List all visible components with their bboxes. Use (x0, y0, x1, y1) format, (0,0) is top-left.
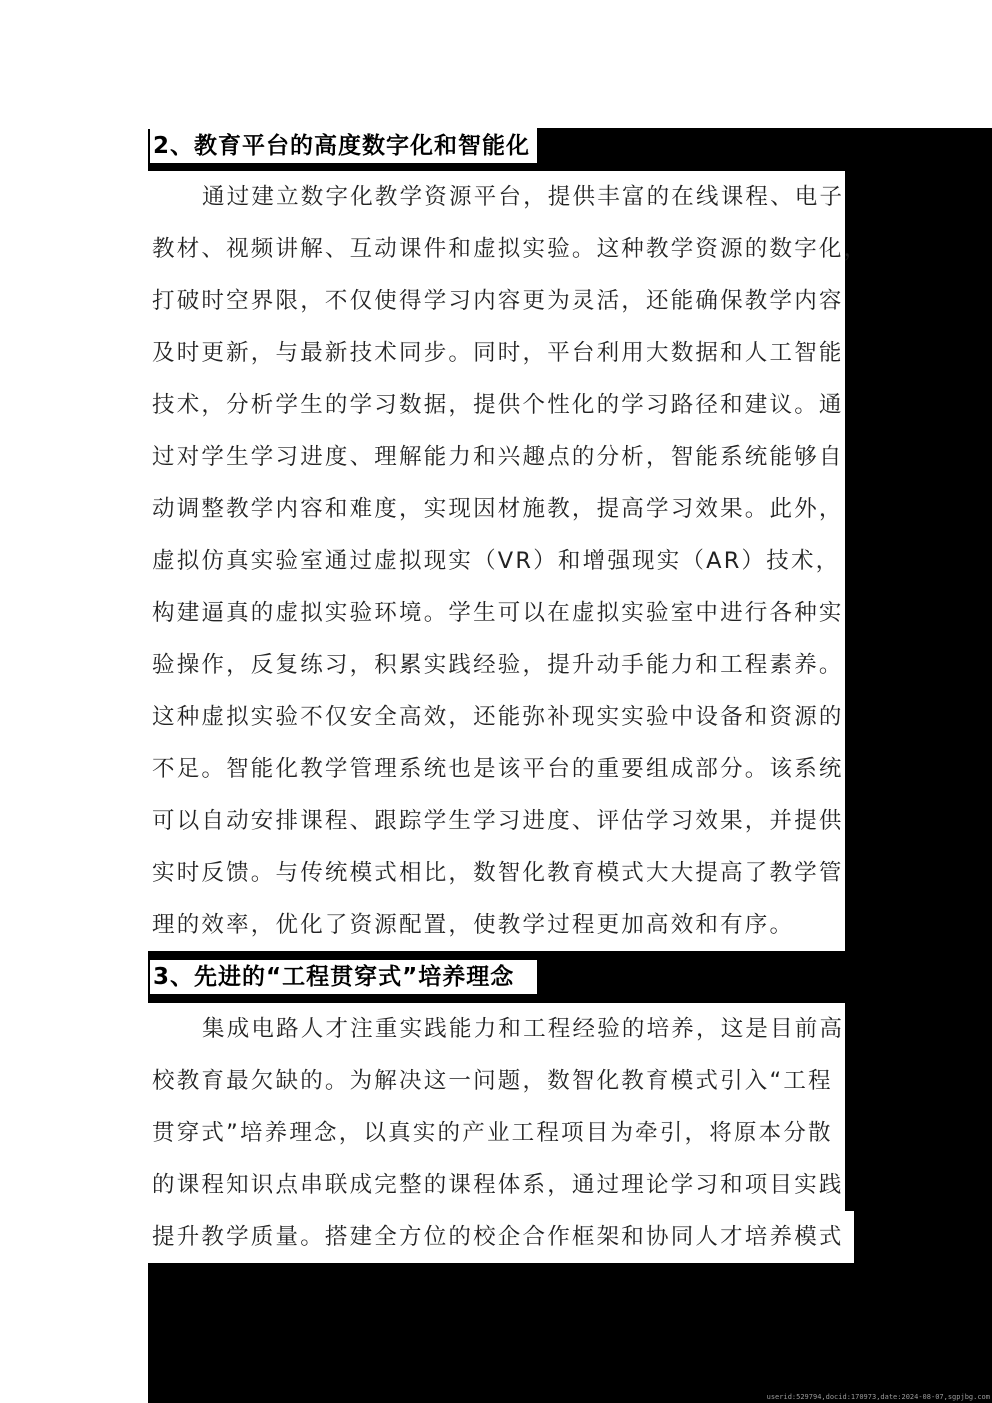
section-heading-2: 2、教育平台的高度数字化和智能化 (148, 129, 537, 163)
paragraph-line: 及时更新，与最新技术同步。同时，平台利用大数据和人工智能 (152, 327, 844, 379)
paragraph-line: 构建逼真的虚拟实验环境。学生可以在虚拟实验室中进行各种实 (152, 587, 844, 639)
paragraph-line: 不足。智能化教学管理系统也是该平台的重要组成部分。该系统 (152, 743, 844, 795)
section-3-paragraph: 集成电路人才注重实践能力和工程经验的培养，这是目前高 校教育最欠缺的。为解决这一… (148, 1003, 845, 1263)
paragraph-line: 验操作，反复练习，积累实践经验，提升动手能力和工程素养。 (152, 639, 844, 691)
paragraph-line: 过对学生学习进度、理解能力和兴趣点的分析，智能系统能够自 (152, 431, 844, 483)
paragraph-line: 校教育最欠缺的。为解决这一问题，数智化教育模式引入“工程 (152, 1055, 833, 1107)
paragraph-line: 的课程知识点串联成完整的课程体系，通过理论学习和项目实践 (152, 1159, 844, 1211)
overflow-tab (845, 1211, 854, 1263)
paragraph-line: 理的效率，优化了资源配置，使教学过程更加高效和有序。 (152, 899, 794, 951)
paragraph-line: 打破时空界限，不仅使得学习内容更为灵活，还能确保教学内容 (152, 275, 844, 327)
paragraph-line: 动调整教学内容和难度，实现因材施教，提高学习效果。此外， (152, 483, 844, 535)
paragraph-line: 提升教学质量。搭建全方位的校企合作框架和协同人才培养模式， (152, 1211, 868, 1263)
paragraph-line: 教材、视频讲解、互动课件和虚拟实验。这种教学资源的数字化， (152, 223, 868, 275)
section-2-paragraph: 通过建立数字化教学资源平台，提供丰富的在线课程、电子 教材、视频讲解、互动课件和… (148, 171, 845, 951)
paragraph-line: 集成电路人才注重实践能力和工程经验的培养，这是目前高 (202, 1003, 844, 1055)
paragraph-line: 贯穿式”培养理念，以真实的产业工程项目为牵引，将原本分散 (152, 1107, 833, 1159)
paragraph-line: 可以自动安排课程、跟踪学生学习进度、评估学习效果，并提供 (152, 795, 844, 847)
paragraph-line: 技术，分析学生的学习数据，提供个性化的学习路径和建议。通 (152, 379, 844, 431)
paragraph-line: 虚拟仿真实验室通过虚拟现实（VR）和增强现实（AR）技术， (152, 535, 840, 587)
paragraph-line: 实时反馈。与传统模式相比，数智化教育模式大大提高了教学管 (152, 847, 844, 899)
paragraph-line: 这种虚拟实验不仅安全高效，还能弥补现实实验中设备和资源的 (152, 691, 844, 743)
paragraph-line: 通过建立数字化教学资源平台，提供丰富的在线课程、电子 (202, 171, 844, 223)
watermark: userid:529794,docid:170973,date:2024-08-… (767, 1393, 990, 1401)
section-heading-3: 3、先进的“工程贯穿式”培养理念 (148, 960, 537, 994)
redaction-mask-bottom (148, 1263, 992, 1403)
